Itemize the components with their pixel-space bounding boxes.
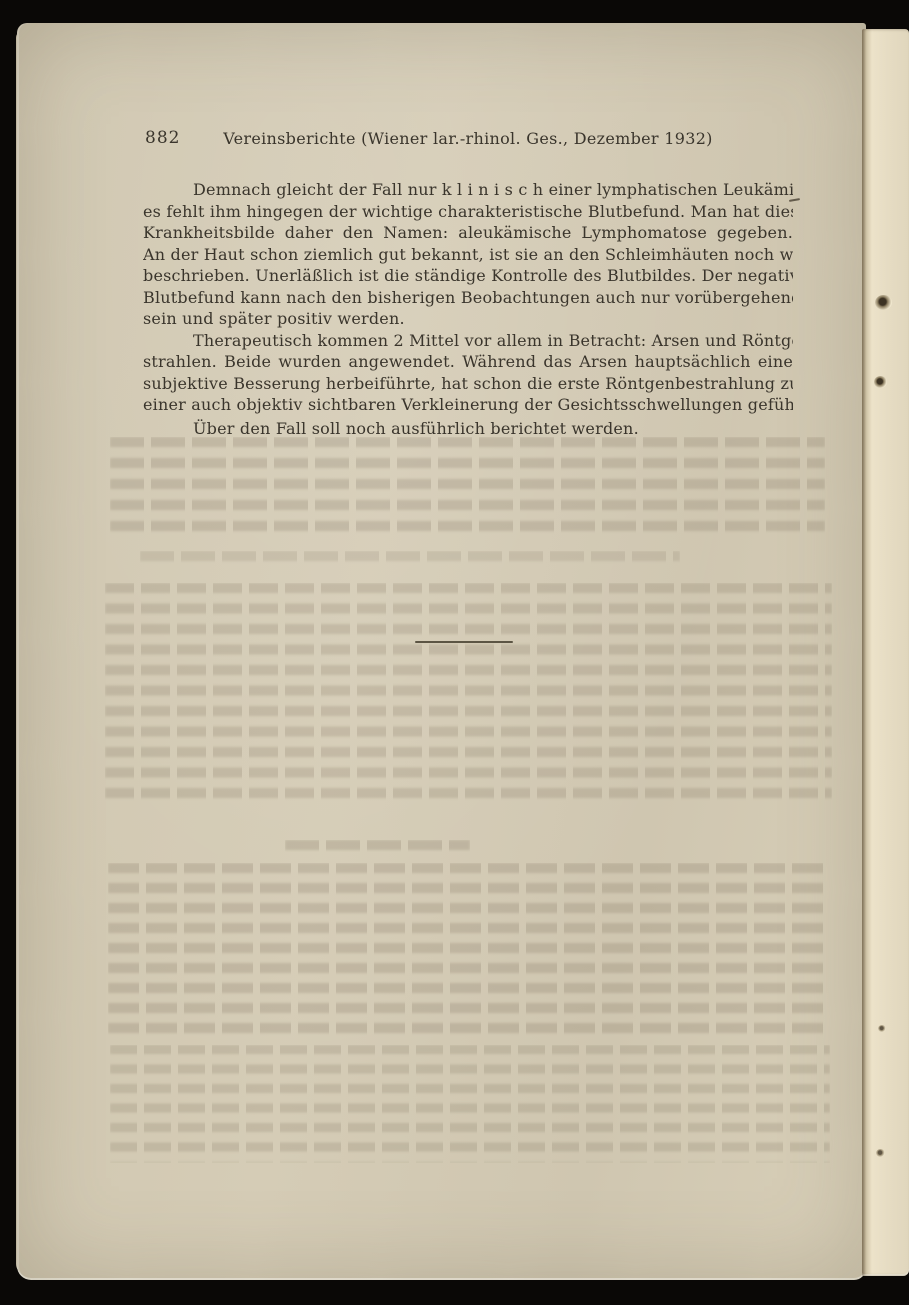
ghost-bleedthrough-block xyxy=(110,437,825,536)
ink-speck xyxy=(789,198,800,202)
running-head-row: 882 Vereinsberichte (Wiener lar.-rhinol.… xyxy=(17,128,866,152)
ghost-bleedthrough-block xyxy=(108,863,829,1041)
binding-hole xyxy=(875,295,892,310)
paragraph-closing-note: Über den Fall soll noch ausführlich beri… xyxy=(143,418,793,440)
text-line: subjektive Besserung herbeiführte, hat s… xyxy=(143,373,793,395)
ghost-bleedthrough-block xyxy=(110,1045,830,1163)
paragraph-therapy: Therapeutisch kommen 2 Mittel vor allem … xyxy=(143,330,793,416)
next-page-fold-edge xyxy=(862,29,909,1276)
section-divider-rule xyxy=(415,641,513,643)
ghost-bleedthrough-block xyxy=(105,583,832,807)
text-line: es fehlt ihm hingegen der wichtige chara… xyxy=(143,201,793,223)
text-line: Demnach gleicht der Fall nur k l i n i s… xyxy=(143,179,793,201)
ghost-bleedthrough-line xyxy=(140,551,680,565)
text-line: beschrieben. Unerläßlich ist die ständig… xyxy=(143,265,793,287)
scanned-book-photo: 882 Vereinsberichte (Wiener lar.-rhinol.… xyxy=(0,0,909,1305)
binding-nick xyxy=(878,1025,886,1032)
text-line: strahlen. Beide wurden angewendet. Währe… xyxy=(143,351,793,373)
text-line: An der Haut schon ziemlich gut bekannt, … xyxy=(143,244,793,266)
paragraph-clinical-findings: Demnach gleicht der Fall nur k l i n i s… xyxy=(143,179,793,330)
binding-nick xyxy=(876,1149,885,1157)
article-text-block: Demnach gleicht der Fall nur k l i n i s… xyxy=(143,179,793,439)
journal-page: 882 Vereinsberichte (Wiener lar.-rhinol.… xyxy=(17,23,866,1280)
text-line: Über den Fall soll noch ausführlich beri… xyxy=(143,418,793,440)
ghost-bleedthrough-heading xyxy=(285,840,470,852)
text-line: sein und später positiv werden. xyxy=(143,308,793,330)
text-line: Therapeutisch kommen 2 Mittel vor allem … xyxy=(143,330,793,352)
text-line: Krankheitsbilde daher den Namen: aleukäm… xyxy=(143,222,793,244)
running-head-title: Vereinsberichte (Wiener lar.-rhinol. Ges… xyxy=(143,129,793,148)
text-line: Blutbefund kann nach den bisherigen Beob… xyxy=(143,287,793,309)
binding-hole xyxy=(874,376,887,388)
text-line: einer auch objektiv sichtbaren Verkleine… xyxy=(143,394,793,416)
